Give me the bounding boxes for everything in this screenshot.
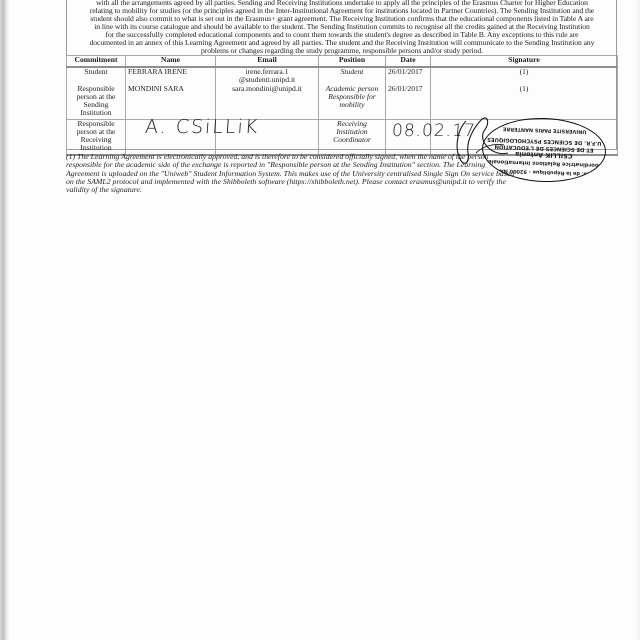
handwritten-signature-icon — [452, 113, 542, 175]
cell-commitment: Responsible person at the Receiving Inst… — [67, 120, 126, 156]
header-position: Position — [319, 56, 386, 68]
scan-edge-shadow — [0, 0, 9, 640]
cell-commitment: Student — [67, 67, 126, 85]
scan-edge-right — [634, 0, 640, 640]
header-name: Name — [126, 56, 216, 68]
header-date: Date — [386, 56, 431, 68]
handwritten-coordinator-name: A. CSiLLiK — [144, 116, 260, 138]
cell-email: sara.mondini@unipd.it — [216, 85, 319, 120]
footnote-line: validity of the signature. — [66, 186, 626, 194]
header-email: Email — [216, 56, 319, 68]
cell-position: Receiving Institution Coordinator — [319, 120, 386, 156]
cell-date: 26/01/2017 — [386, 85, 431, 120]
cell-name: FERRARA IRENE — [126, 67, 216, 85]
cell-position: Student — [319, 67, 386, 85]
cell-date: 26/01/2017 — [386, 67, 431, 85]
cell-name: MONDINI SARA — [126, 85, 216, 120]
cell-position: Academic person Responsible for mobility — [319, 85, 386, 120]
header-signature: Signature — [431, 56, 618, 68]
commitment-paragraph: with all the arrangements agreed by all … — [68, 0, 616, 55]
table-row: Student FERRARA IRENE irene.ferrara.1 @s… — [67, 67, 618, 85]
cell-signature: (1) — [431, 67, 618, 85]
cell-commitment: Responsible person at the Sending Instit… — [67, 85, 126, 120]
cell-email: irene.ferrara.1 @studenti.unipd.it — [216, 67, 319, 85]
header-commitment: Commitment — [67, 56, 126, 68]
table-header-row: Commitment Name Email Position Date Sign… — [67, 56, 618, 68]
